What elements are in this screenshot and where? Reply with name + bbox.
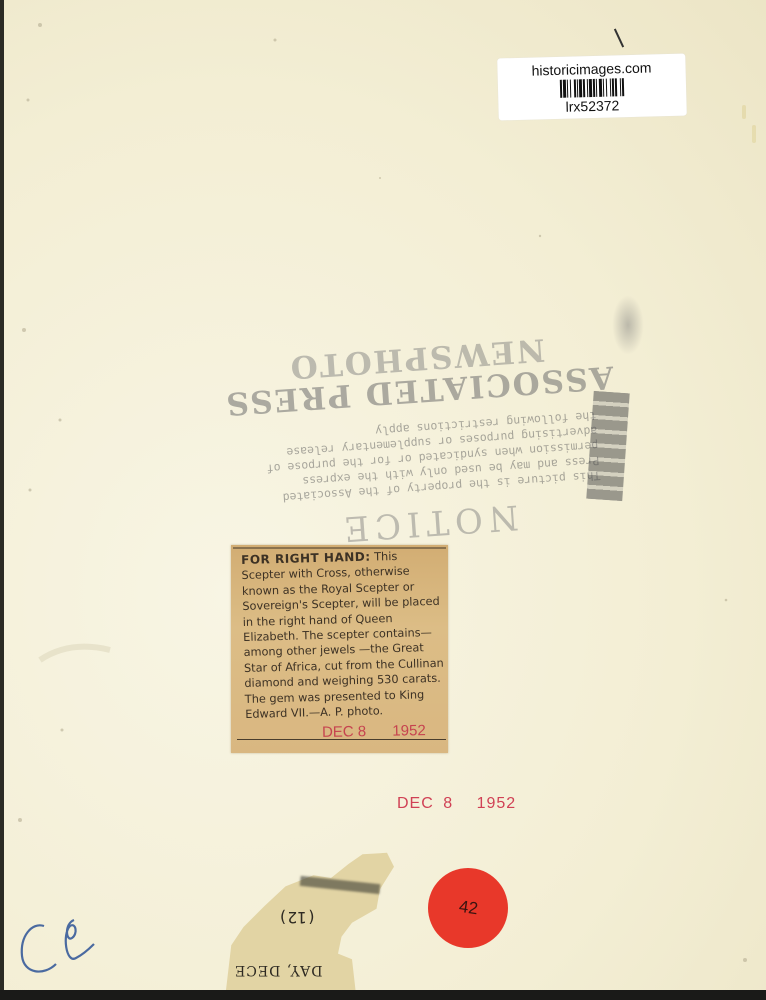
clip-date-month: DEC	[322, 723, 354, 741]
stamp-body: This picture is the property of the Asso…	[237, 408, 601, 508]
clip-date-year: 1952	[392, 722, 426, 740]
red-number-sticker: 42	[428, 868, 508, 948]
clipping-headline: FOR RIGHT HAND:	[241, 550, 371, 567]
associated-press-stamp: NOTICE This picture is the property of t…	[196, 247, 645, 561]
barcode-label: historicimages.com lrx52372	[497, 54, 687, 121]
clipping-text: FOR RIGHT HAND: This Scepter with Cross,…	[241, 548, 445, 723]
stamp-edge-bar	[586, 391, 629, 501]
barcode-icon	[528, 77, 656, 98]
received-date-stamp: DEC 8 1952	[397, 795, 516, 813]
date-month: DEC	[397, 795, 434, 812]
scan-bottom-edge	[0, 990, 766, 1000]
torn-fragment-text-1: (12)	[278, 908, 317, 927]
torn-fragment-text-2: DAY, DECE	[234, 962, 322, 978]
sticker-number: 42	[457, 897, 479, 919]
barcode-id: lrx52372	[498, 96, 686, 117]
clipping-body: This Scepter with Cross, otherwise known…	[241, 550, 443, 721]
date-year: 1952	[477, 795, 517, 812]
date-day: 8	[443, 795, 453, 812]
barcode-site: historicimages.com	[497, 59, 685, 80]
handwritten-initials-icon	[14, 912, 104, 982]
clipping-date-stamp: DEC 8 1952	[322, 722, 426, 741]
clip-date-day: 8	[358, 723, 367, 740]
